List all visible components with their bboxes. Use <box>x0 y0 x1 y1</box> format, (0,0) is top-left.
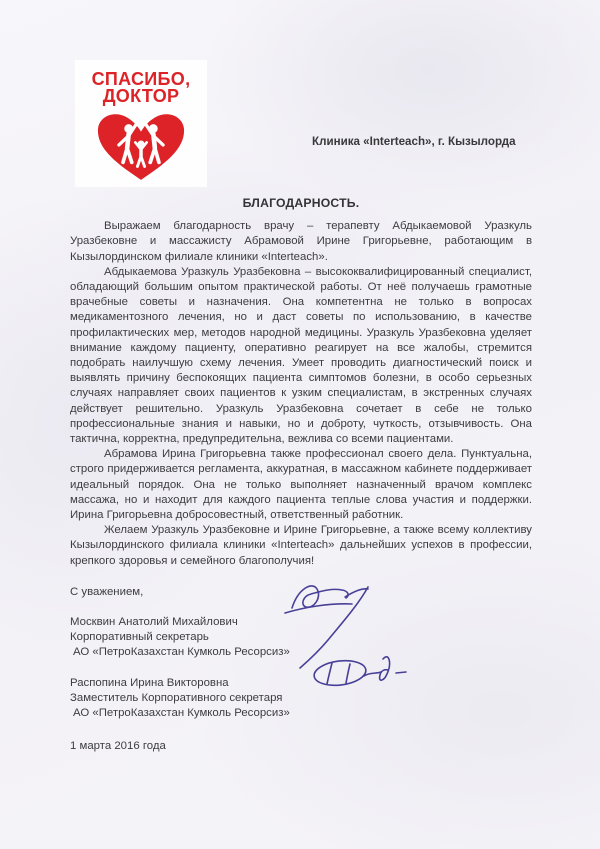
clinic-header: Клиника «Interteach», г. Кызылорда <box>312 135 516 148</box>
paragraph-wishes: Желаем Уразкуль Уразбековне и Ирине Григ… <box>70 523 532 569</box>
signature-moskvin-ink <box>285 586 368 668</box>
paragraph-intro: Выражаем благодарность врачу – терапевту… <box>70 219 532 265</box>
thank-you-doctor-logo: СПАСИБО, ДОКТОР <box>75 60 207 187</box>
signatures-overlay <box>270 575 470 710</box>
paragraph-masseuse: Абрамова Ирина Григорьевна также професс… <box>70 447 532 523</box>
letter-title: БЛАГОДАРНОСТЬ. <box>70 196 532 211</box>
scanned-letter-page: СПАСИБО, ДОКТОР Клини <box>0 0 600 849</box>
heart-icon <box>83 106 199 186</box>
signature-raspopina-ink <box>313 657 406 688</box>
family-figures-icon <box>119 122 163 166</box>
paragraph-doctor: Абдыкаемова Уразкуль Уразбековна – высок… <box>70 265 532 447</box>
logo-text-line2: ДОКТОР <box>75 88 207 105</box>
letter-date: 1 марта 2016 года <box>70 739 532 754</box>
